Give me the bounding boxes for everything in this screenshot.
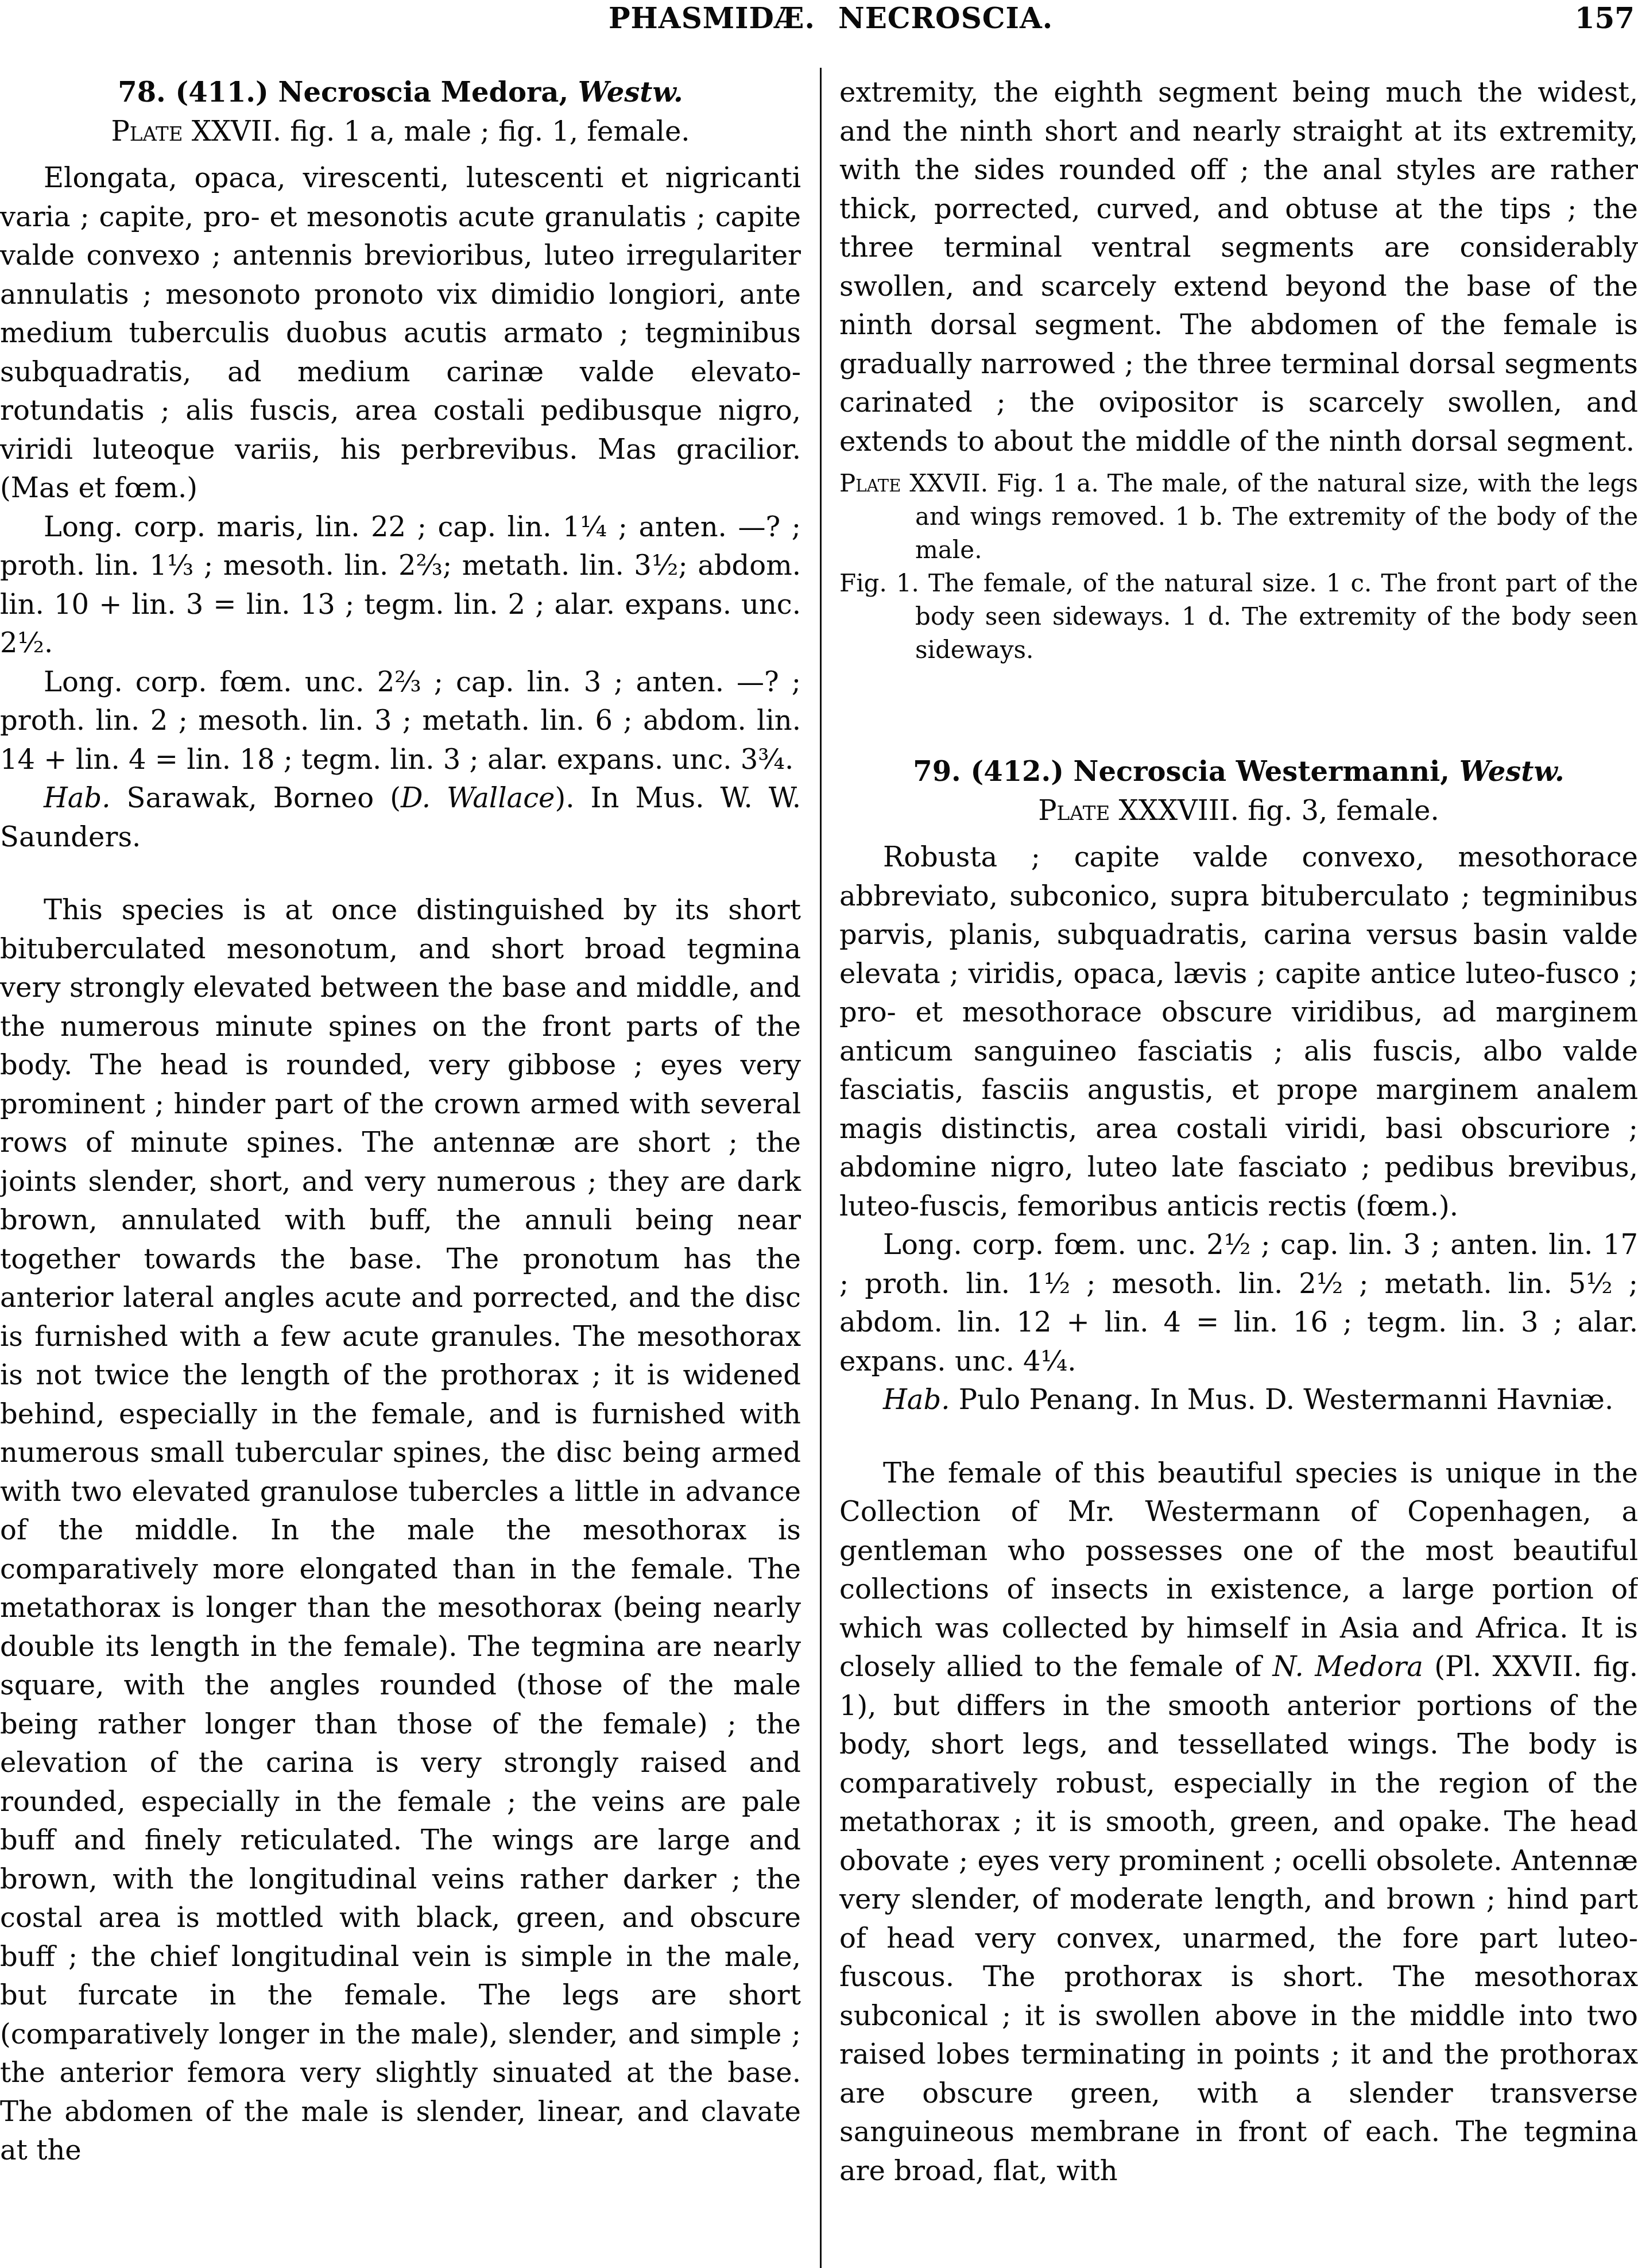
plate-ref-text: XXXVIII. fig. 3, female. — [1119, 795, 1439, 827]
discussion: The female of this beautiful species is … — [839, 1454, 1638, 2191]
plate-explanation-text: The female, of the natural size. 1 c. Th… — [915, 569, 1638, 664]
habitat-label: Hab. — [44, 782, 110, 814]
habitat-text: Pulo Penang. In Mus. D. Westermanni Havn… — [959, 1384, 1614, 1416]
plate-explanation-1: Plate XXVII. Fig. 1 a. The male, of the … — [839, 467, 1638, 567]
running-title-genus: NECROSCIA. — [838, 1, 1053, 35]
plate-explanation-text: Fig. 1 a. The male, of the natural size,… — [915, 469, 1638, 564]
species-author: Westw. — [578, 76, 683, 109]
discussion-part-2: (Pl. XXVII. fig. 1), but differs in the … — [839, 1651, 1638, 2187]
plate-reference: Plate XXXVIII. fig. 3, female. — [839, 792, 1638, 831]
habitat: Hab. Sarawak, Borneo (D. Wallace). In Mu… — [0, 779, 801, 857]
latin-description: Robusta ; capite valde convexo, mesothor… — [839, 838, 1638, 1226]
plate-explanation-label: Plate XXVII. — [839, 469, 988, 497]
habitat: Hab. Pulo Penang. In Mus. D. Westermanni… — [839, 1381, 1638, 1420]
running-title: PHASMIDÆ.NECROSCIA. — [609, 1, 1053, 35]
species-heading-78: 78. (411.) Necroscia Medora, Westw. — [0, 73, 801, 113]
plate-ref-text: XXVII. fig. 1 a, male ; fig. 1, female. — [192, 115, 690, 148]
discussion: This species is at once distinguished by… — [0, 891, 801, 2170]
measurements-female: Long. corp. fœm. unc. 2½ ; cap. lin. 3 ;… — [839, 1226, 1638, 1381]
latin-description: Elongata, opaca, virescenti, lutescenti … — [0, 159, 801, 508]
habitat-text-1: Sarawak, Borneo ( — [127, 782, 401, 814]
plate-explanation-label: Fig. 1. — [839, 569, 919, 597]
page-number: 157 — [1575, 1, 1635, 35]
plate-explanation-2: Fig. 1. The female, of the natural size.… — [839, 567, 1638, 667]
right-column: extremity, the eighth segment being much… — [839, 73, 1638, 2190]
species-author: Westw. — [1459, 756, 1565, 788]
plate-reference: Plate XXVII. fig. 1 a, male ; fig. 1, fe… — [0, 113, 801, 152]
plate-label: Plate — [111, 115, 183, 148]
habitat-label: Hab. — [883, 1384, 950, 1416]
discussion-part-1: The female of this beautiful species is … — [839, 1457, 1638, 1683]
entry-number: 78. (411.) — [118, 76, 269, 109]
page-header: PHASMIDÆ.NECROSCIA. 157 — [0, 0, 1638, 40]
left-column: 78. (411.) Necroscia Medora, Westw. Plat… — [0, 73, 801, 2170]
entry-number: 79. (412.) — [913, 756, 1064, 788]
measurements-male: Long. corp. maris, lin. 22 ; cap. lin. 1… — [0, 508, 801, 663]
species-name: Necroscia Medora, — [278, 76, 569, 109]
column-divider — [820, 68, 822, 2268]
species-heading-79: 79. (412.) Necroscia Westermanni, Westw. — [839, 753, 1638, 792]
habitat-collector: D. Wallace — [401, 782, 555, 814]
running-title-family: PHASMIDÆ. — [609, 1, 815, 35]
measurements-female: Long. corp. fœm. unc. 2⅔ ; cap. lin. 3 ;… — [0, 663, 801, 780]
discussion-taxon: N. Medora — [1273, 1651, 1423, 1683]
plate-label: Plate — [1038, 795, 1110, 827]
continuation-text: extremity, the eighth segment being much… — [839, 73, 1638, 461]
species-name: Necroscia Westermanni, — [1074, 756, 1450, 788]
